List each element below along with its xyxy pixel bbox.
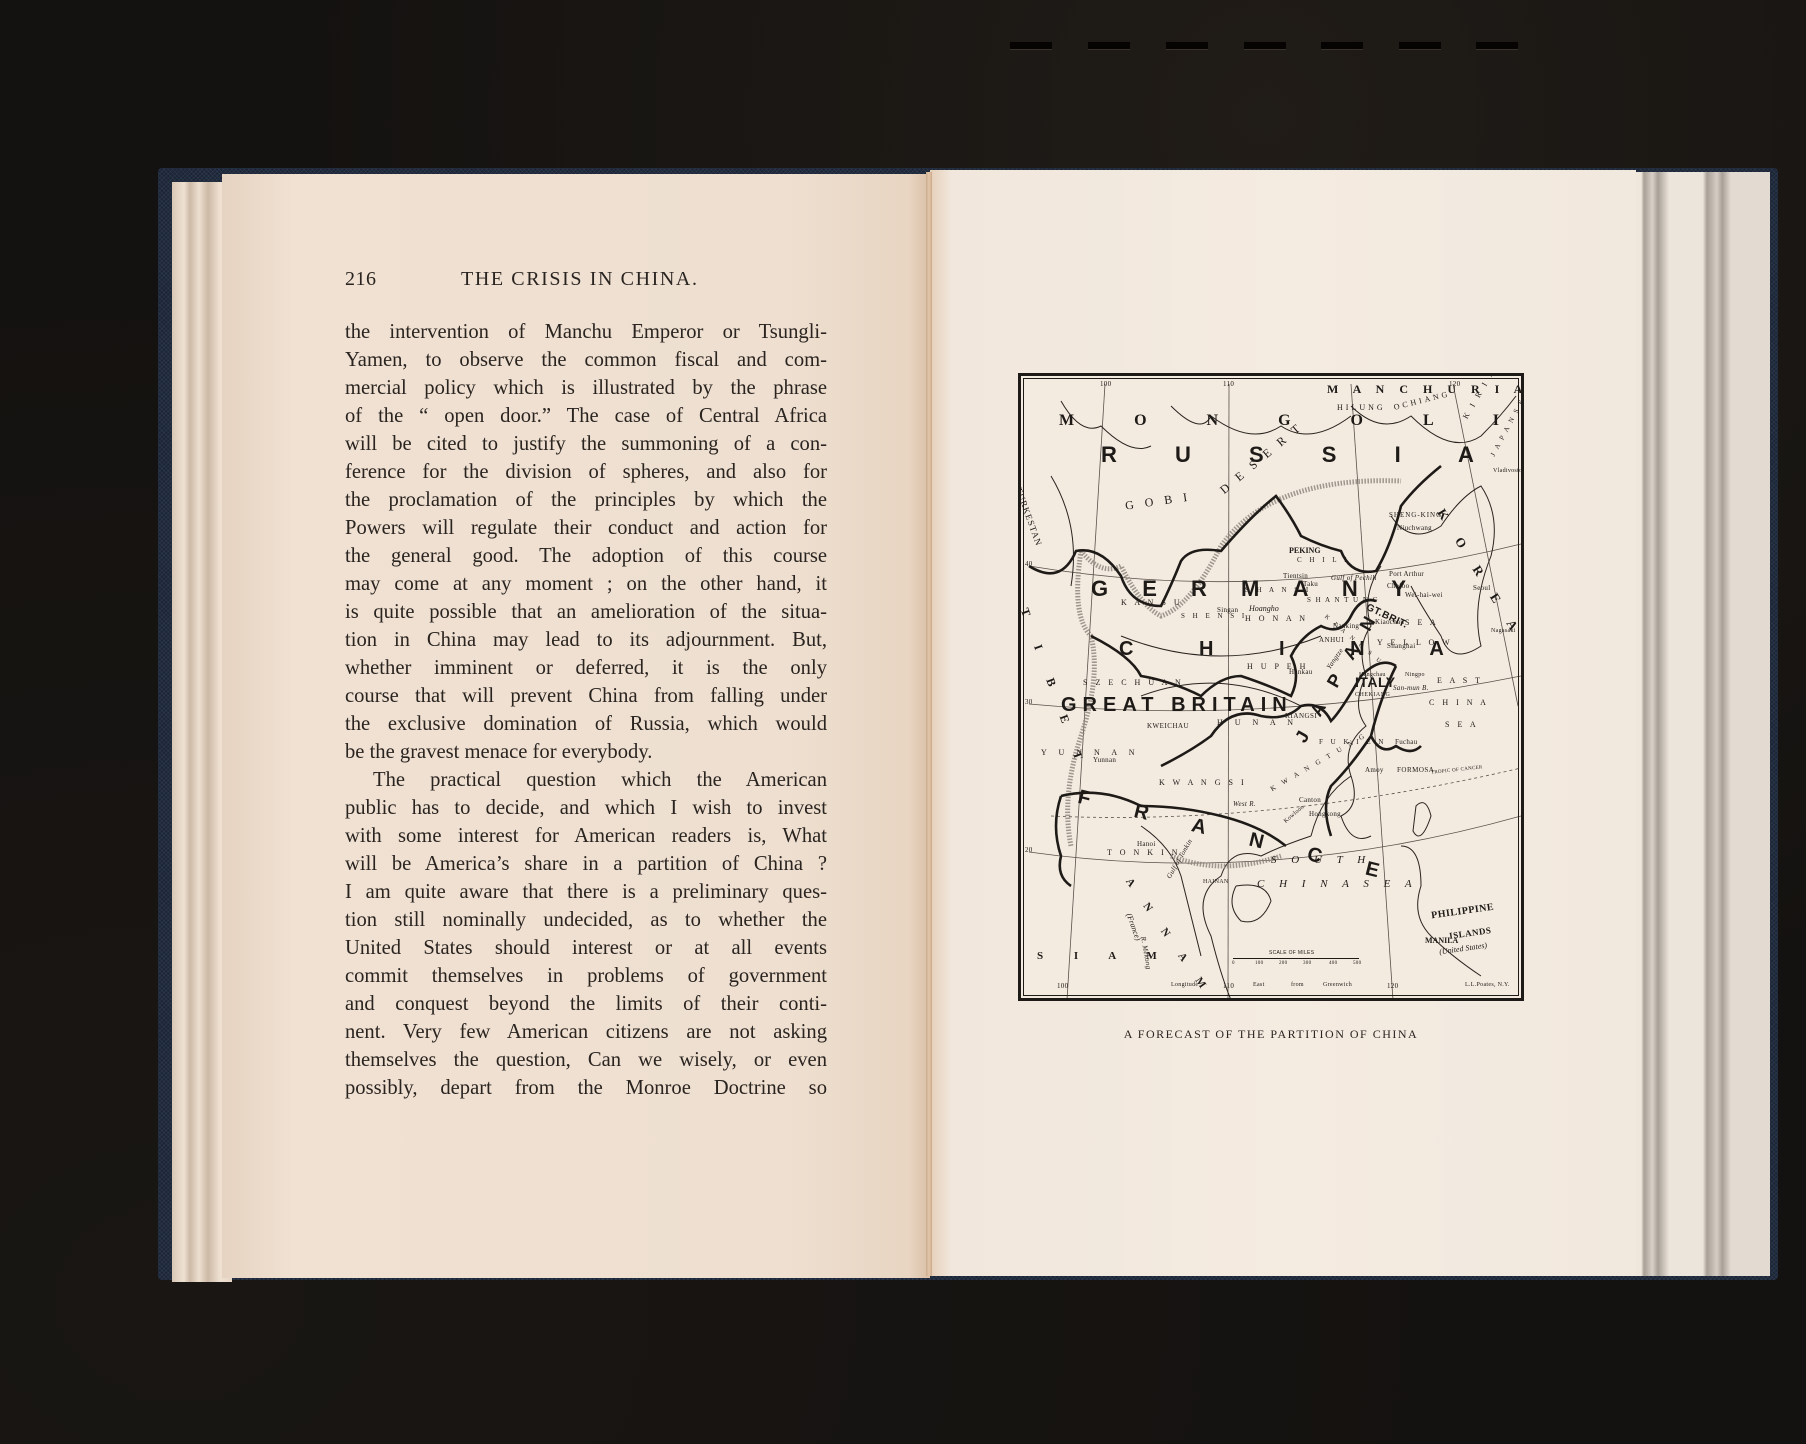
scale-title: SCALE OF MILES	[1269, 950, 1314, 956]
label-philippine: PHILIPPINE	[1431, 902, 1495, 922]
label-lon-120-bottom: 120	[1387, 982, 1398, 990]
label-annam: A N N A M	[1123, 876, 1214, 999]
label-great-britain: GREAT BRITAIN	[1061, 694, 1293, 717]
label-kansu: K A N S U	[1121, 598, 1183, 607]
text-line: the intervention of Manchu Emperor or Ts…	[345, 318, 827, 346]
label-port-arthur: Port Arthur	[1389, 570, 1424, 578]
label-niuchwang: Niuchwang	[1397, 524, 1432, 532]
label-gobi: G O B I	[1124, 489, 1192, 513]
label-kweichau: KWEICHAU	[1147, 722, 1189, 730]
label-shansi: S H A N S I	[1245, 586, 1311, 594]
scale-line	[1233, 958, 1359, 959]
label-hunan: H U N A N	[1217, 718, 1298, 727]
label-west-river: West R.	[1233, 800, 1256, 808]
text-line: United States should interest or at all …	[345, 934, 827, 962]
label-yunnan: Y U N N A N	[1041, 748, 1139, 757]
label-seoul: Seoul	[1473, 584, 1490, 592]
slot-mark	[1166, 42, 1208, 50]
label-east: E A S T	[1437, 676, 1483, 685]
label-shensi: S H E N S I	[1181, 612, 1247, 620]
label-east-china: C H I N A	[1429, 698, 1489, 707]
longitude-note-from: from	[1291, 982, 1304, 988]
partition-map: R U S S I A G E R M A N Y C H I N A GREA…	[1018, 373, 1524, 1001]
text-line: tion in China may lead to its adjournmen…	[345, 626, 827, 654]
label-ningpo: Ningpo	[1405, 672, 1425, 678]
label-manila: MANILA	[1425, 936, 1458, 945]
text-line: possibly, depart from the Monroe Doctrin…	[345, 1074, 827, 1102]
label-lat-20: 20	[1025, 846, 1033, 854]
label-chefoo: Chefoo	[1387, 582, 1409, 590]
label-germany: G E R M A N Y	[1091, 576, 1420, 602]
text-line: be the gravest menace for everybody.	[345, 738, 827, 766]
text-line: nent. Very few American citizens are not…	[345, 1018, 827, 1046]
label-shanghai: Shanghai	[1387, 642, 1415, 650]
label-yellow-sea: Y E L L O W	[1377, 638, 1453, 647]
text-line: may come at any moment ; on the other ha…	[345, 570, 827, 598]
label-tropic-of-cancer: TROPIC OF CANCER	[1431, 765, 1483, 775]
label-lon-120: 120	[1449, 380, 1460, 388]
label-formosa: FORMOSA	[1397, 766, 1434, 774]
label-kowloon: Kowloon	[1283, 804, 1306, 824]
book-gutter	[926, 172, 932, 1276]
label-lon-110-bottom: 110	[1223, 982, 1234, 990]
label-hoangho: Hoangho	[1249, 604, 1279, 613]
label-yellow-sea-2: S E A	[1405, 618, 1439, 627]
text-line: and conquest beyond the limits of their …	[345, 990, 827, 1018]
label-france: F R A N C E	[1075, 786, 1400, 888]
label-italy: ITALY	[1355, 674, 1396, 690]
label-hankau: Hankau	[1289, 668, 1313, 676]
longitude-note-east: East	[1253, 982, 1265, 988]
text-line: of the “ open door.” The case of Central…	[345, 402, 827, 430]
longitude-note: Longitude	[1171, 982, 1198, 988]
text-line: public has to decide, and which I wish t…	[345, 794, 827, 822]
label-east-china-sea: S E A	[1445, 720, 1479, 729]
text-line: commit themselves in problems of governm…	[345, 962, 827, 990]
body-text: the intervention of Manchu Emperor or Ts…	[345, 318, 827, 1102]
text-line: the proclamation of the principles by wh…	[345, 486, 827, 514]
label-mekong: R. Mekong	[1139, 936, 1153, 970]
label-lat-30: 30	[1025, 698, 1033, 706]
label-fuchau: Fuchau	[1395, 738, 1417, 746]
text-line: with some interest for American readers …	[345, 822, 827, 850]
label-siam: S I A M	[1037, 950, 1171, 962]
label-singan: Singan	[1217, 606, 1238, 614]
text-line: Yamen, to observe the common fiscal and …	[345, 346, 827, 374]
label-chili: C H I L I	[1297, 556, 1349, 564]
text-line: Powers will regulate their conduct and a…	[345, 514, 827, 542]
label-hangchau: Hangchau	[1359, 672, 1386, 678]
scale-tick: 300	[1303, 961, 1311, 966]
label-kiangsu: K I A N G S U	[1323, 614, 1384, 666]
text-line: mercial policy which is illustrated by t…	[345, 374, 827, 402]
label-russia: R U S S I A	[1101, 442, 1500, 468]
text-line: whether imminent or deferred, it is the …	[345, 654, 827, 682]
label-yangtze: Yangtze	[1325, 647, 1345, 671]
text-line: The practical question which the America…	[345, 766, 827, 794]
label-canton: Canton	[1299, 796, 1321, 804]
label-shantung: S H A N T U N G	[1307, 596, 1379, 604]
label-hilung: HILUNG	[1337, 403, 1386, 412]
book-title: THE CRISIS IN CHINA.	[461, 268, 699, 291]
label-nanking: Nanking	[1333, 622, 1359, 630]
text-line: will be America’s share in a partition o…	[345, 850, 827, 878]
slot-mark	[1321, 42, 1363, 50]
label-japan: J A P A N	[1291, 606, 1384, 746]
label-desert: D E S E R T	[1217, 419, 1306, 497]
text-line: the general good. The adoption of this c…	[345, 542, 827, 570]
label-manchuria: M A N C H U R I A	[1327, 382, 1524, 397]
label-lat-40: 40	[1025, 560, 1033, 568]
label-chekiang: CHEKIANG	[1355, 692, 1390, 698]
label-fukien: F U K I E N	[1319, 738, 1386, 746]
label-kiaochau: Kiaochau	[1375, 618, 1404, 626]
label-gt-brit: GT.BRIT.	[1364, 602, 1409, 631]
label-tientsin: Tientsin	[1283, 572, 1308, 580]
label-anhui: ANHUI	[1319, 636, 1344, 644]
slot-mark	[1399, 42, 1441, 50]
page-number: 216	[345, 268, 377, 291]
text-line: themselves the question, Can we wisely, …	[345, 1046, 827, 1074]
label-annam-note: (France)	[1125, 912, 1143, 942]
label-hongkong: Hongkong	[1309, 810, 1341, 818]
map-linework	[1021, 376, 1524, 1001]
text-line: the exclusive domination of Russia, whic…	[345, 710, 827, 738]
longitude-note-greenwich: Greenwich	[1323, 982, 1352, 988]
label-mongolia: M O N G O L I A	[1059, 412, 1524, 430]
label-kwangtung: K W A N G T U N G	[1269, 731, 1368, 793]
running-head: 216 THE CRISIS IN CHINA.	[345, 268, 825, 298]
label-united-states: (United States)	[1439, 941, 1488, 957]
scale-tick: 200	[1279, 961, 1287, 966]
text-line: ference for the division of spheres, and…	[345, 458, 827, 486]
label-south: S O U T H	[1271, 854, 1371, 866]
label-lon-100-bottom: 100	[1057, 982, 1068, 990]
label-lon-100: 100	[1100, 380, 1111, 388]
label-honan: H O N A N	[1245, 614, 1308, 623]
text-line: is quite possible that an amelioration o…	[345, 598, 827, 626]
label-weihaiwei: Wei-hai-wei	[1405, 591, 1443, 599]
label-kiangsi: KIANGSI	[1285, 712, 1317, 720]
label-taku: Taku	[1303, 580, 1318, 588]
label-korea: K O R E A	[1433, 506, 1524, 642]
label-japan-sea: J A P A N S E A	[1489, 388, 1524, 458]
label-gulf-pechili: Gulf of Pechili	[1331, 574, 1377, 582]
label-nagasaki: Nagasaki	[1491, 628, 1516, 634]
label-hanoi: Hanoi	[1137, 840, 1156, 848]
label-hupeh: H U P E H	[1247, 662, 1308, 671]
label-gulf-tonkin: Gulf of Tonkin	[1165, 838, 1194, 880]
label-kwangsi: K W A N G S I	[1159, 778, 1247, 787]
label-yunnan-city: Yunnan	[1093, 756, 1116, 764]
label-amoy: Amoy	[1365, 766, 1384, 774]
label-szechuan: S Z E C H U A N	[1083, 678, 1184, 687]
scale-tick: 400	[1329, 961, 1337, 966]
label-ochiang: OCHIANG	[1393, 389, 1451, 412]
slot-mark	[1476, 42, 1518, 50]
scale-tick: 0	[1232, 961, 1235, 966]
label-islands: ISLANDS	[1449, 925, 1492, 941]
engraver-credit: L.L.Poates, N.Y.	[1465, 982, 1510, 988]
scale-bar: SCALE OF MILES 0 100 200 300 400 500	[1233, 950, 1361, 980]
slot-mark	[1010, 42, 1052, 50]
label-peking: PEKING	[1289, 546, 1321, 555]
slot-mark	[1088, 42, 1130, 50]
label-tonkin: T O N K I N	[1107, 848, 1181, 857]
scale-tick: 500	[1353, 961, 1361, 966]
slot-mark	[1244, 42, 1286, 50]
right-page-stack	[1630, 172, 1770, 1276]
label-south-china-sea: C H I N A S E A	[1257, 878, 1418, 890]
text-line: course that will prevent China from fall…	[345, 682, 827, 710]
text-line: will be cited to justify the summoning o…	[345, 430, 827, 458]
text-line: tion still nominally undecided, as to wh…	[345, 906, 827, 934]
label-kirin: K I R I N	[1461, 373, 1497, 421]
label-san-mun-bay: San-mun B.	[1393, 684, 1429, 692]
label-vladivostok: Vladivostok	[1493, 468, 1524, 474]
label-china: C H I N A	[1119, 638, 1474, 661]
label-tibet: T I B E T	[1018, 606, 1091, 775]
label-sheng-king: SHENG-KING	[1389, 511, 1442, 519]
text-line: I am quite aware that there is a prelimi…	[345, 878, 827, 906]
scale-tick: 100	[1255, 961, 1263, 966]
map-caption: A FORECAST OF THE PARTITION OF CHINA	[1018, 1027, 1524, 1042]
label-hainan: HAINAN	[1203, 879, 1228, 885]
label-lon-110: 110	[1223, 380, 1234, 388]
background-slots	[1004, 42, 1804, 52]
